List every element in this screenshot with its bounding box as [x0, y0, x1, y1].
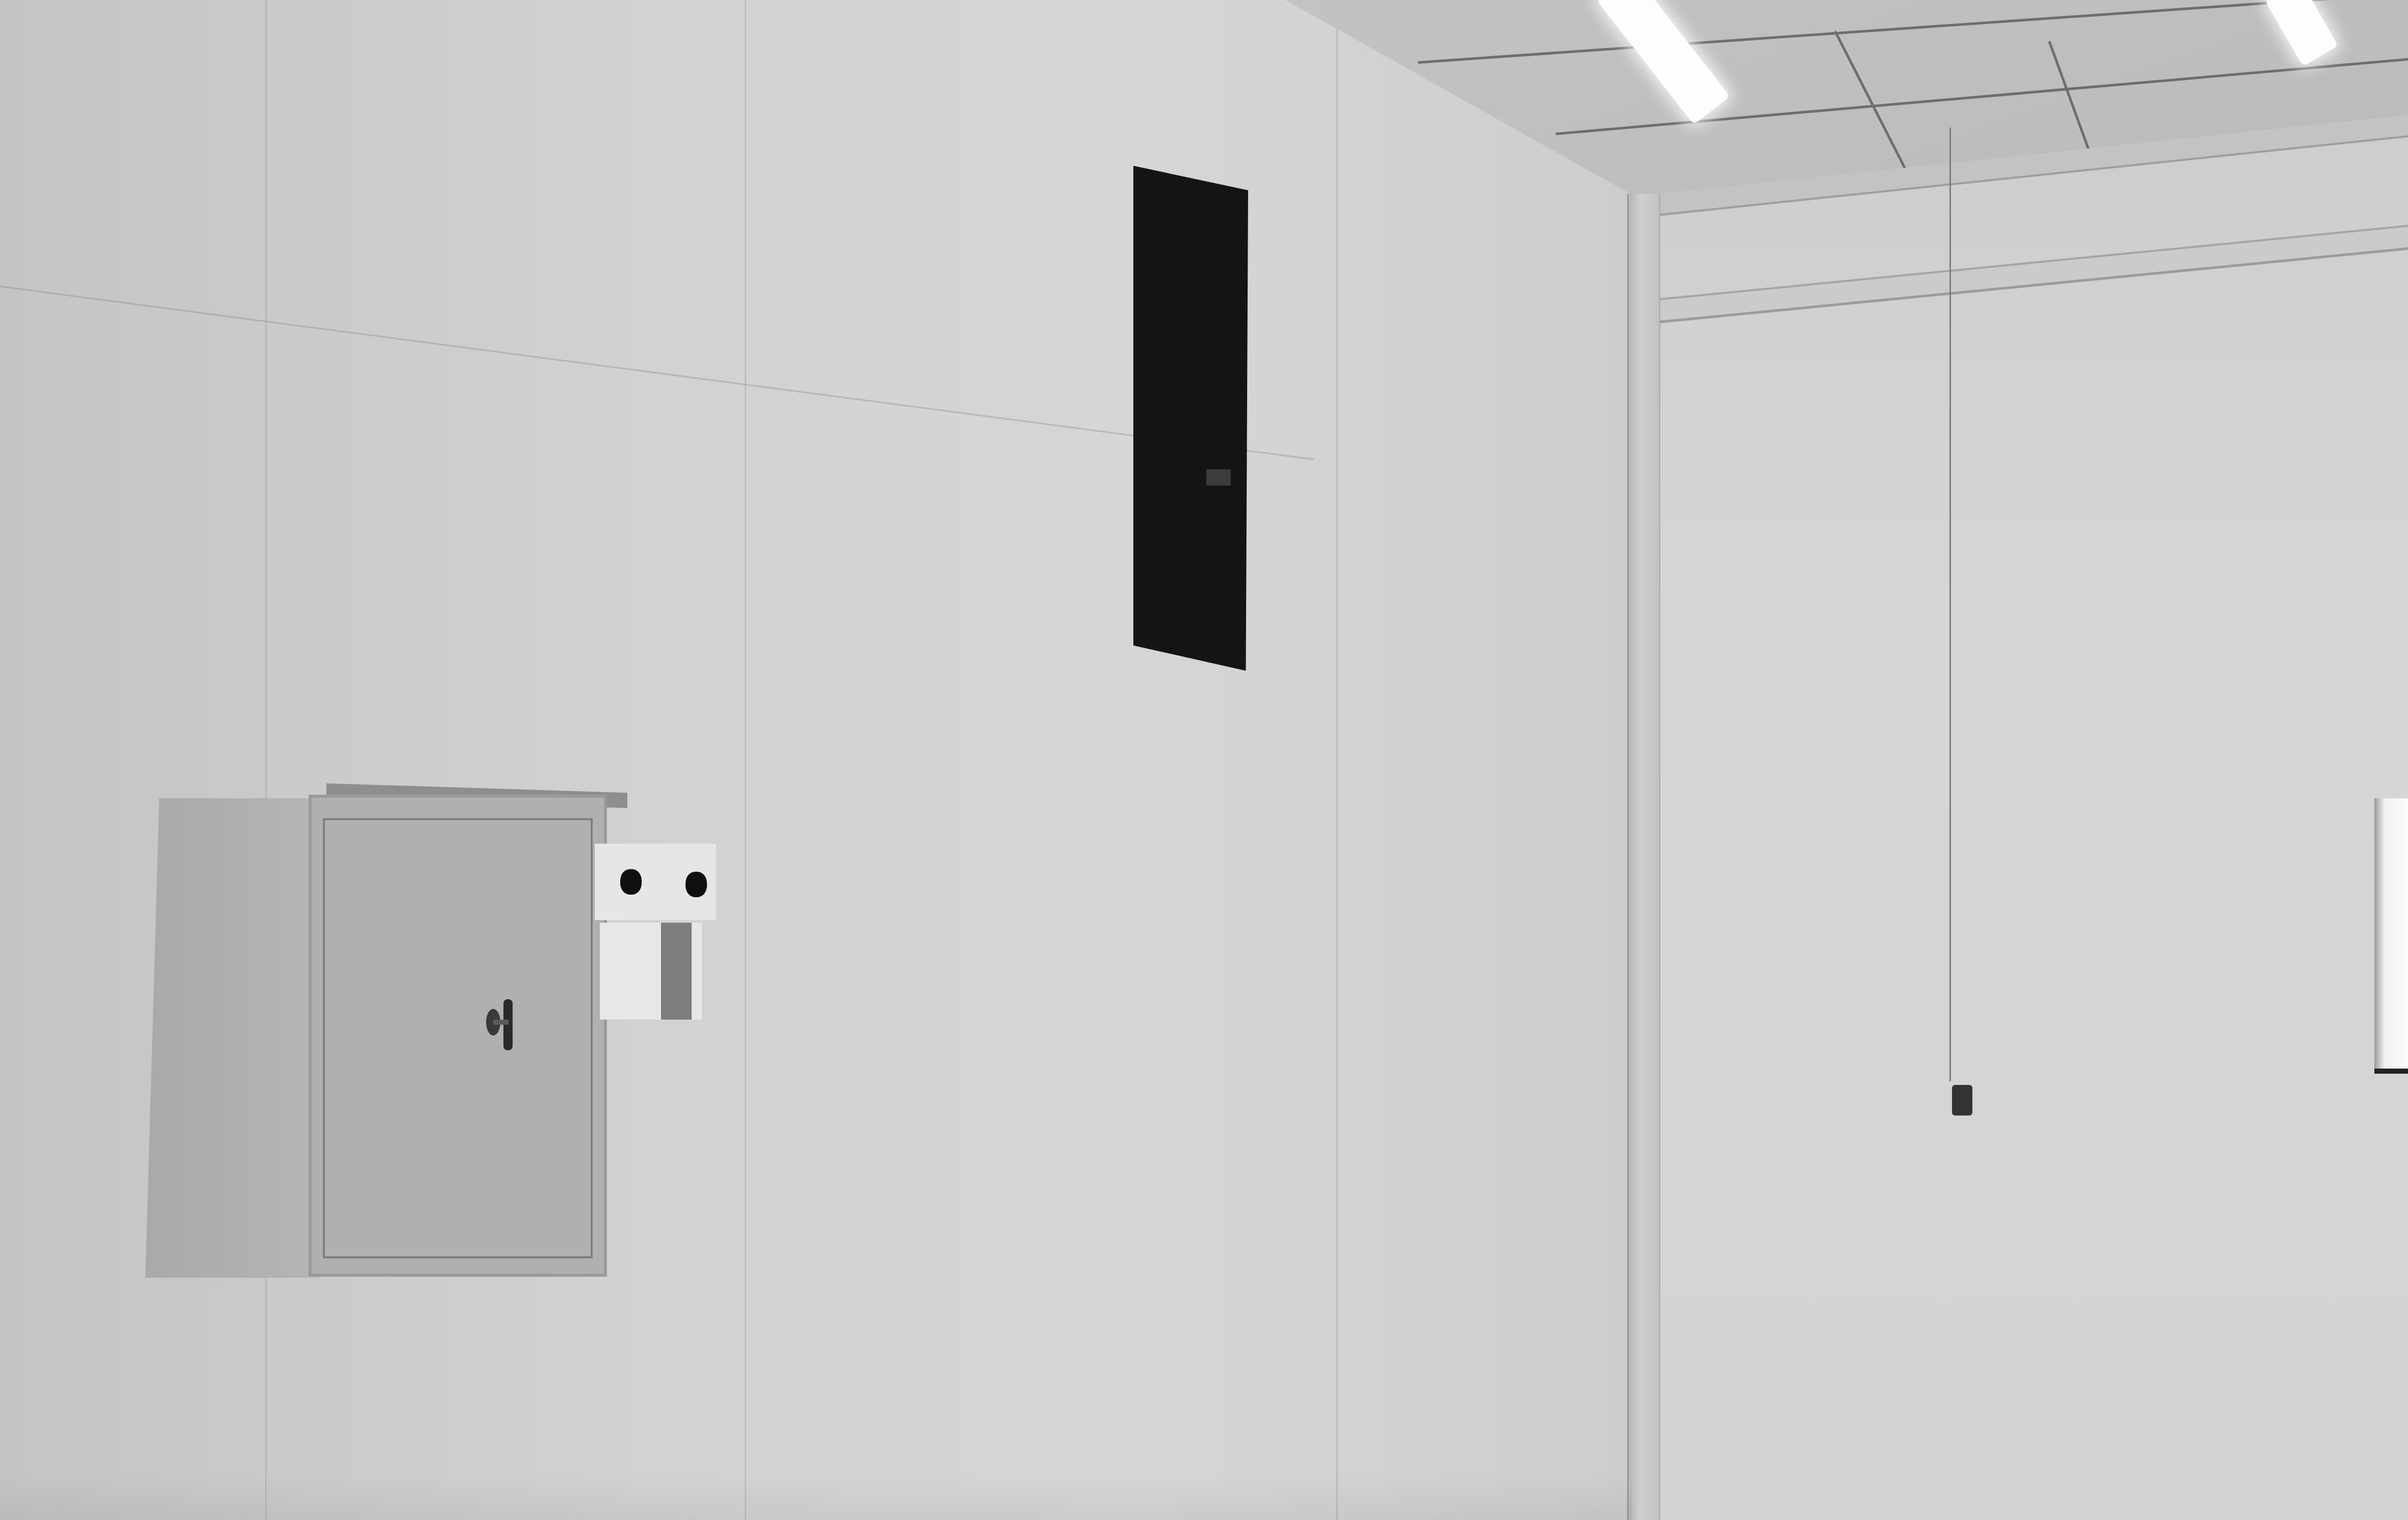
- cabinet-door[interactable]: [309, 795, 607, 1277]
- right-wall: [1632, 0, 2408, 1520]
- display-stripe: [661, 923, 692, 1020]
- pendant-switch[interactable]: [1952, 1085, 1972, 1116]
- panel-indicator: [1206, 469, 1231, 486]
- thermostat-panel: [595, 844, 716, 920]
- control-knob[interactable]: [620, 869, 642, 895]
- corner-post: [1627, 194, 1660, 1520]
- display-window: [600, 923, 702, 1020]
- wall-seam: [745, 0, 746, 1520]
- cabinet-side: [145, 798, 319, 1278]
- floor-shadow: [0, 1474, 1632, 1520]
- left-wall: [0, 0, 1632, 1520]
- door-frame: [323, 818, 593, 1258]
- door-handle-icon[interactable]: [484, 994, 520, 1055]
- window: [2374, 798, 2408, 1074]
- wall-seam: [265, 0, 267, 1520]
- hanging-cable: [1949, 128, 1951, 1081]
- wall-seam: [1336, 0, 1338, 1520]
- ceiling-grid-line: [1418, 0, 2385, 64]
- dark-wall-panel: [1133, 166, 1248, 671]
- control-knob[interactable]: [686, 872, 707, 897]
- wall-line: [0, 286, 1315, 460]
